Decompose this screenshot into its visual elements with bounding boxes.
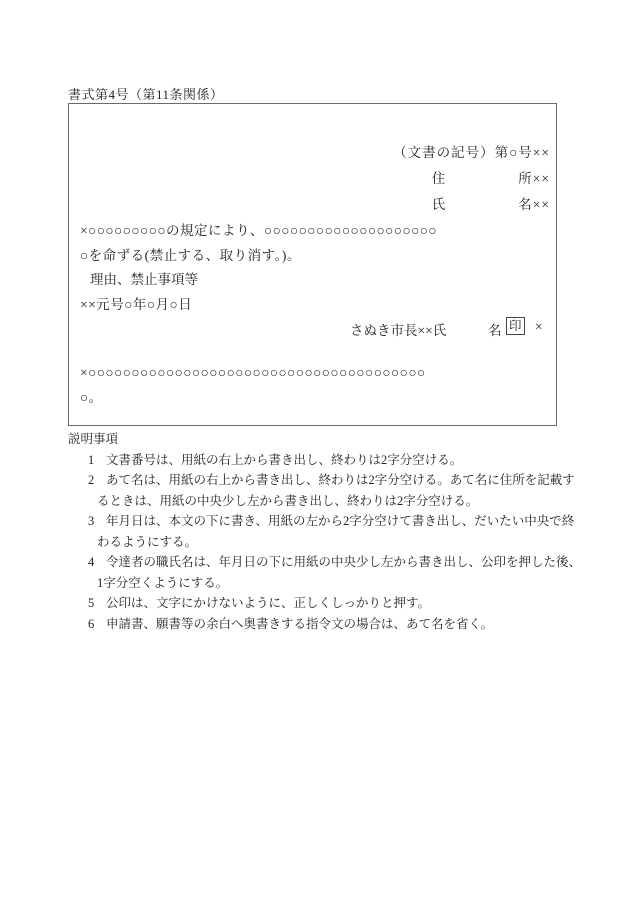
address-line: 住所×× — [393, 166, 550, 192]
header-right-block: （文書の記号）第○号×× 住所×× 氏名×× — [393, 140, 550, 218]
address-label: 住 — [432, 171, 447, 186]
notes-section: 説明事項 1文書番号は、用紙の右上から書き出し、終わりは2字分空ける。 2あて名… — [68, 429, 588, 634]
seal-mark-icon: 印 — [506, 317, 525, 335]
name-placeholder: 名×× — [518, 197, 550, 212]
note-item-number: 5 — [88, 593, 106, 614]
closing-paragraph-line-2: ○。 — [80, 385, 552, 410]
note-item-2: 2あて名は、用紙の右上から書き出し、終わりは2字分空ける。あて名に住所を記載す — [68, 470, 588, 491]
seal-after-mark: × — [535, 319, 543, 335]
address-placeholder: 所×× — [518, 171, 550, 186]
reason-line: 理由、禁止事項等 — [90, 268, 198, 288]
note-item-6: 6申請書、願書等の余白へ奥書きする指令文の場合は、あて名を省く。 — [68, 614, 588, 635]
closing-paragraph-line-1: ×○○○○○○○○○○○○○○○○○○○○○○○○○○○○○○○○○○○○○○○ — [80, 360, 552, 385]
name-line: 氏名×× — [393, 192, 550, 218]
note-item-number: 2 — [88, 470, 106, 491]
note-item-1-line-1: 文書番号は、用紙の右上から書き出し、終わりは2字分空ける。 — [106, 453, 462, 467]
note-item-4: 4令達者の職氏名は、年月日の下に用紙の中央少し左から書き出し、公印を押した後、 — [68, 552, 588, 573]
note-item-3: 3年月日は、本文の下に書き、用紙の左から2字分空けて書き出し、だいたい中央で終 — [68, 511, 588, 532]
document-page: 書式第4号（第11条関係） （文書の記号）第○号×× 住所×× 氏名×× ×○○… — [0, 0, 630, 915]
name-label: 氏 — [432, 197, 447, 212]
note-item-3-line-1: 年月日は、本文の下に書き、用紙の左から2字分空けて書き出し、だいたい中央で終 — [106, 514, 574, 528]
order-paragraph-line-1: ×○○○○○○○○○の規定により、○○○○○○○○○○○○○○○○○○○○ — [80, 218, 550, 243]
doc-number-line: （文書の記号）第○号×× — [393, 140, 550, 166]
order-paragraph-line-2: ○を命ずる(禁止する、取り消す。)。 — [80, 243, 550, 268]
note-item-3-line-2: わるようにする。 — [68, 532, 588, 553]
issuer-name: さぬき市長××氏 — [350, 319, 446, 339]
notes-heading: 説明事項 — [68, 429, 588, 450]
order-paragraph: ×○○○○○○○○○の規定により、○○○○○○○○○○○○○○○○○○○○ ○を… — [80, 218, 550, 268]
form-frame: （文書の記号）第○号×× 住所×× 氏名×× ×○○○○○○○○○の規定により、… — [68, 103, 557, 426]
note-item-5-line-1: 公印は、文字にかけないように、正しくしっかりと押す。 — [106, 596, 430, 610]
note-item-5: 5公印は、文字にかけないように、正しくしっかりと押す。 — [68, 593, 588, 614]
issuer-line: さぬき市長××氏 名 印 × — [69, 319, 556, 341]
note-item-4-line-2: 1字分空くようにする。 — [68, 573, 588, 594]
date-line: ××元号○年○月○日 — [80, 293, 192, 313]
note-item-number: 6 — [88, 614, 106, 635]
note-item-number: 4 — [88, 552, 106, 573]
note-item-1: 1文書番号は、用紙の右上から書き出し、終わりは2字分空ける。 — [68, 450, 588, 471]
note-item-number: 3 — [88, 511, 106, 532]
form-label: 書式第4号（第11条関係） — [68, 84, 224, 103]
note-item-6-line-1: 申請書、願書等の余白へ奥書きする指令文の場合は、あて名を省く。 — [106, 617, 493, 631]
note-item-number: 1 — [88, 450, 106, 471]
note-item-2-line-1: あて名は、用紙の右上から書き出し、終わりは2字分空ける。あて名に住所を記載す — [106, 473, 575, 487]
note-item-2-line-2: るときは、用紙の中央少し左から書き出し、終わりは2字分空ける。 — [68, 491, 588, 512]
issuer-name-suffix: 名 — [488, 319, 502, 339]
note-item-4-line-1: 令達者の職氏名は、年月日の下に用紙の中央少し左から書き出し、公印を押した後、 — [106, 555, 581, 569]
closing-paragraph: ×○○○○○○○○○○○○○○○○○○○○○○○○○○○○○○○○○○○○○○○… — [80, 360, 552, 410]
